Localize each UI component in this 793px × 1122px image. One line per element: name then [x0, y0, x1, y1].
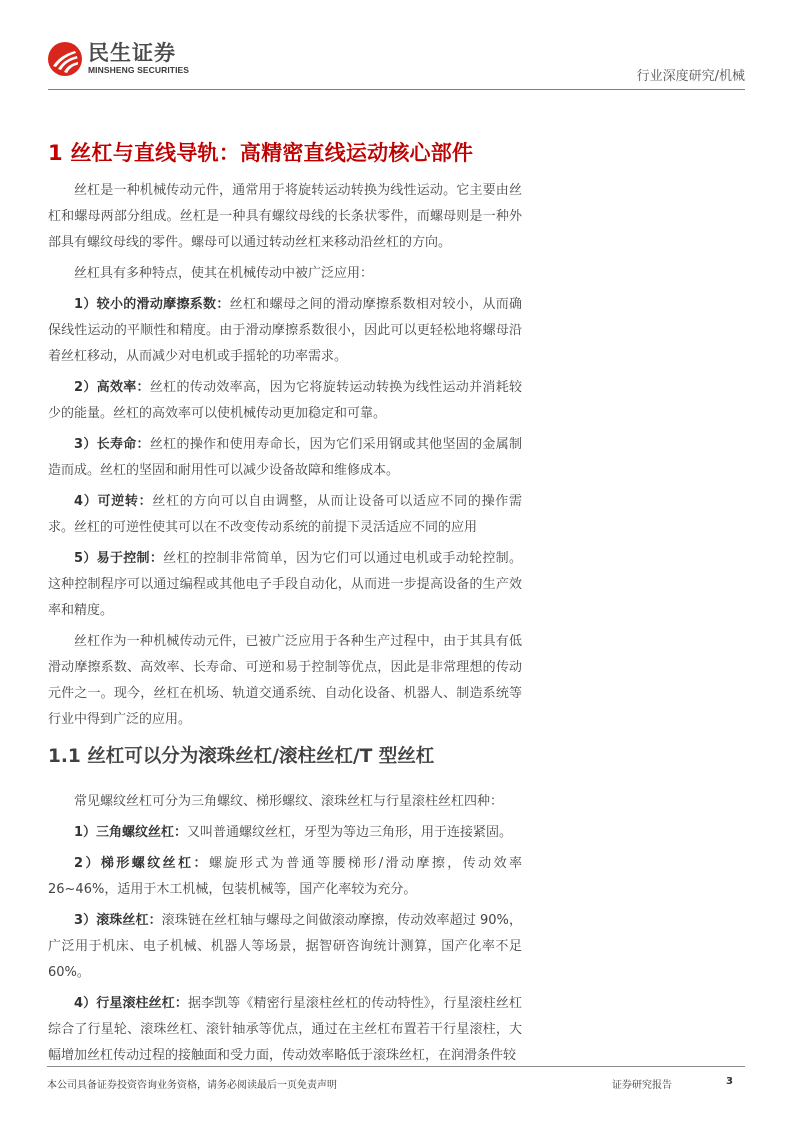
footer-disclaimer: 本公司具备证券投资咨询业务资格，请务必阅读最后一页免责声明: [47, 1076, 337, 1091]
type-item: 3）滚珠丝杠：滚珠链在丝杠轴与螺母之间做滚动摩擦，传动效率超过 90%，广泛用于…: [48, 908, 522, 986]
type-item: 1）三角螺纹丝杠：又叫普通螺纹丝杠，牙型为等边三角形，用于连接紧固。: [48, 820, 522, 846]
footer-report-type: 证券研究报告: [612, 1076, 672, 1091]
logo-name-en: MINSHENG SECURITIES: [88, 65, 189, 76]
page-number: 3: [726, 1076, 733, 1087]
feature-lead: 4）可逆转：: [74, 494, 152, 509]
company-logo: 民生证券 MINSHENG SECURITIES: [48, 42, 189, 76]
type-lead: 2）梯形螺纹丝杠：: [74, 856, 209, 871]
logo-name-cn: 民生证券: [88, 42, 189, 65]
feature-item: 2）高效率：丝杠的传动效率高，因为它将旋转运动转换为线性运动并消耗较少的能量。丝…: [48, 375, 522, 427]
report-body: 1 丝杠与直线导轨：高精密直线运动核心部件 丝杠是一种机械传动元件，通常用于将旋…: [48, 138, 522, 1074]
section-heading-1-1: 1.1 丝杠可以分为滚珠丝杠/滚柱丝杠/T 型丝杠: [48, 743, 522, 771]
section-heading-1: 1 丝杠与直线导轨：高精密直线运动核心部件: [48, 138, 522, 168]
feature-item: 3）长寿命：丝杠的操作和使用寿命长，因为它们采用钢或其他坚固的金属制造而成。丝杠…: [48, 432, 522, 484]
type-item: 4）行星滚柱丝杠：据李凯等《精密行星滚柱丝杠的传动特性》，行星滚柱丝杠综合了行星…: [48, 991, 522, 1069]
type-text: 又叫普通螺纹丝杠，牙型为等边三角形，用于连接紧固。: [187, 825, 512, 840]
feature-lead: 2）高效率：: [74, 380, 150, 395]
paragraph: 丝杠是一种机械传动元件，通常用于将旋转运动转换为线性运动。它主要由丝杠和螺母两部…: [48, 178, 522, 256]
report-category: 行业深度研究/机械: [637, 65, 745, 84]
feature-item: 4）可逆转：丝杠的方向可以自由调整，从而让设备可以适应不同的操作需求。丝杠的可逆…: [48, 489, 522, 541]
feature-item: 5）易于控制：丝杠的控制非常简单，因为它们可以通过电机或手动轮控制。这种控制程序…: [48, 546, 522, 624]
paragraph-text: 丝杠是一种机械传动元件，通常用于将旋转运动转换为线性运动。它主要由丝杠和螺母两部…: [48, 183, 522, 250]
feature-lead: 3）长寿命：: [74, 437, 150, 452]
type-lead: 3）滚珠丝杠：: [74, 913, 162, 928]
paragraph-text: 丝杠作为一种机械传动元件，已被广泛应用于各种生产过程中，由于其具有低滑动摩擦系数…: [48, 634, 522, 727]
paragraph: 常见螺纹丝杠可分为三角螺纹、梯形螺纹、滚珠丝杠与行星滚柱丝杠四种：: [48, 789, 522, 815]
minsheng-logo-icon: [48, 42, 82, 76]
type-item: 2）梯形螺纹丝杠：螺旋形式为普通等腰梯形/滑动摩擦，传动效率 26~46%，适用…: [48, 851, 522, 903]
type-lead: 1）三角螺纹丝杠：: [74, 825, 187, 840]
type-lead: 4）行星滚柱丝杠：: [74, 996, 188, 1011]
header-divider: [48, 89, 745, 90]
paragraph: 丝杠具有多种特点，使其在机械传动中被广泛应用：: [48, 261, 522, 287]
paragraph-text: 丝杠具有多种特点，使其在机械传动中被广泛应用：: [74, 266, 373, 281]
paragraph-text: 常见螺纹丝杠可分为三角螺纹、梯形螺纹、滚珠丝杠与行星滚柱丝杠四种：: [74, 794, 503, 809]
feature-lead: 1）较小的滑动摩擦系数：: [74, 297, 230, 312]
page-header: 民生证券 MINSHENG SECURITIES 行业深度研究/机械: [48, 40, 745, 90]
feature-lead: 5）易于控制：: [74, 551, 163, 566]
paragraph: 丝杠作为一种机械传动元件，已被广泛应用于各种生产过程中，由于其具有低滑动摩擦系数…: [48, 629, 522, 733]
report-page: 民生证券 MINSHENG SECURITIES 行业深度研究/机械 1 丝杠与…: [0, 0, 793, 1122]
feature-item: 1）较小的滑动摩擦系数：丝杠和螺母之间的滑动摩擦系数相对较小，从而确保线性运动的…: [48, 292, 522, 370]
footer-divider: [47, 1066, 745, 1067]
